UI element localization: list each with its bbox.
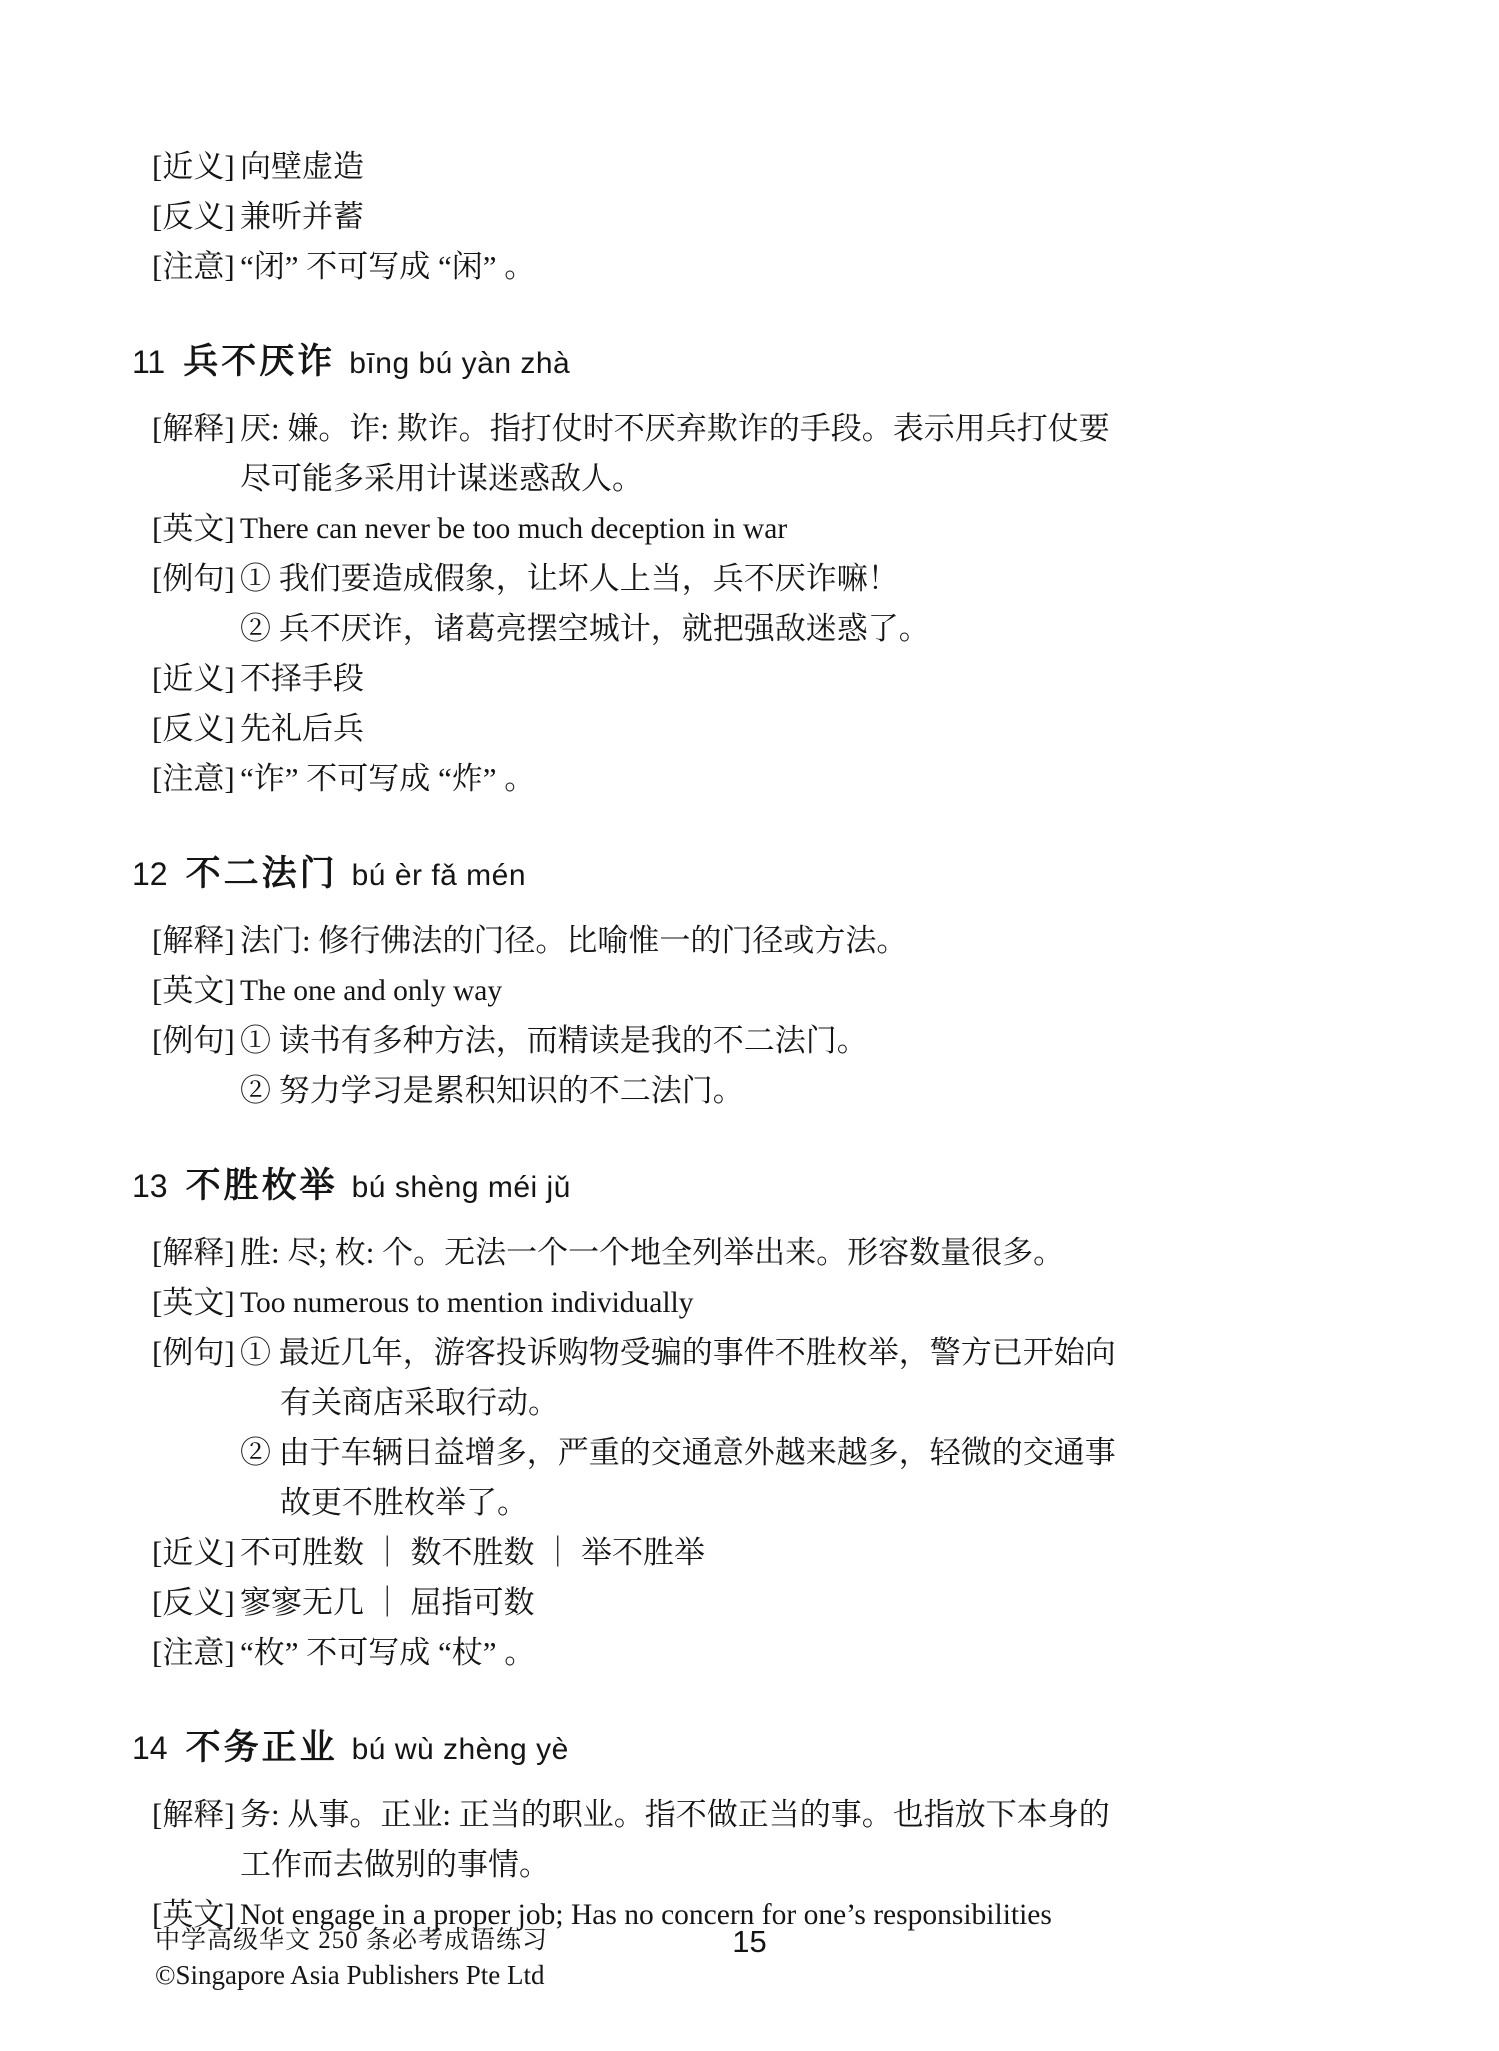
example-row: [例句] ① 最近几年，游客投诉购物受骗的事件不胜枚举，警方已开始向 有关商店采… xyxy=(152,1328,1400,1528)
example-line-1: ① 我们要造成假象，让坏人上当，兵不厌诈嘛！ xyxy=(240,554,1400,604)
note-label: [注意] xyxy=(152,754,235,804)
entry-headword: 不胜枚举 xyxy=(186,1166,338,1205)
book-page: [近义] 向壁虚造 [反义] 兼听并蓄 [注意] “闭” 不可写成 “闲” 。 … xyxy=(0,0,1499,2051)
entry-pinyin: bīng bú yàn zhà xyxy=(349,347,570,380)
note-text: “诈” 不可写成 “炸” 。 xyxy=(240,754,1400,804)
example-line-1: ① 读书有多种方法，而精读是我的不二法门。 xyxy=(240,1016,1400,1066)
entry-pinyin: bú wù zhèng yè xyxy=(352,1733,569,1766)
english-line: The one and only way xyxy=(240,966,1400,1016)
explanation-line: 尽可能多采用计谋迷惑敌人。 xyxy=(240,454,1400,504)
entry-pinyin: bú shèng méi jǔ xyxy=(352,1171,571,1204)
example-label: [例句] xyxy=(152,1328,235,1378)
page-number: 15 xyxy=(0,1924,1499,1960)
entry-11-heading: 11兵不厌诈bīng bú yàn zhà xyxy=(132,336,1400,390)
example-row: [例句] ① 读书有多种方法，而精读是我的不二法门。 ② 努力学习是累积知识的不… xyxy=(152,1016,1400,1116)
entry-headword: 不二法门 xyxy=(186,854,338,893)
explanation-line: 工作而去做别的事情。 xyxy=(240,1840,1400,1890)
entry-pinyin: bú èr fǎ mén xyxy=(352,859,526,892)
note-row: [注意] “枚” 不可写成 “杖” 。 xyxy=(152,1628,1400,1678)
note-row: [注意] “诈” 不可写成 “炸” 。 xyxy=(152,754,1400,804)
explanation-line: 厌: 嫌。诈: 欺诈。指打仗时不厌弃欺诈的手段。表示用兵打仗要 xyxy=(240,404,1400,454)
antonym-row: [反义] 先礼后兵 xyxy=(152,704,1400,754)
synonym-label: [近义] xyxy=(152,1528,235,1578)
synonym-text: 向壁虚造 xyxy=(240,142,1400,192)
example-line-1: ① 最近几年，游客投诉购物受骗的事件不胜枚举，警方已开始向 xyxy=(240,1328,1400,1378)
note-label: [注意] xyxy=(152,1628,235,1678)
example-line-2: ② 由于车辆日益增多，严重的交通意外越来越多，轻微的交通事 xyxy=(240,1428,1400,1478)
entry-headword: 不务正业 xyxy=(186,1728,338,1767)
synonym-label: [近义] xyxy=(152,142,235,192)
example-row: [例句] ① 我们要造成假象，让坏人上当，兵不厌诈嘛！ ② 兵不厌诈，诸葛亮摆空… xyxy=(152,554,1400,654)
english-row: [英文] Too numerous to mention individuall… xyxy=(152,1278,1400,1328)
explanation-label: [解释] xyxy=(152,1790,235,1840)
synonym-row: [近义] 不择手段 xyxy=(152,654,1400,704)
example-line-2-continued: 故更不胜枚举了。 xyxy=(240,1478,1400,1528)
antonym-text: 先礼后兵 xyxy=(240,704,1400,754)
entry-number: 13 xyxy=(132,1160,168,1212)
english-label: [英文] xyxy=(152,1278,235,1328)
antonym-label: [反义] xyxy=(152,192,235,242)
entry-13-heading: 13不胜枚举bú shèng méi jǔ xyxy=(132,1160,1400,1214)
synonym-label: [近义] xyxy=(152,654,235,704)
note-text: “闭” 不可写成 “闲” 。 xyxy=(240,242,1400,292)
english-label: [英文] xyxy=(152,966,235,1016)
antonym-text: 兼听并蓄 xyxy=(240,192,1400,242)
english-row: [英文] There can never be too much decepti… xyxy=(152,504,1400,554)
explanation-line: 法门: 修行佛法的门径。比喻惟一的门径或方法。 xyxy=(240,916,1400,966)
english-label: [英文] xyxy=(152,504,235,554)
english-line: Too numerous to mention individually xyxy=(240,1278,1400,1328)
entry-12-heading: 12不二法门bú èr fǎ mén xyxy=(132,848,1400,902)
explanation-row: [解释] 厌: 嫌。诈: 欺诈。指打仗时不厌弃欺诈的手段。表示用兵打仗要 尽可能… xyxy=(152,404,1400,504)
note-label: [注意] xyxy=(152,242,235,292)
synonym-row: [近义] 不可胜数 ｜ 数不胜数 ｜ 举不胜举 xyxy=(152,1528,1400,1578)
explanation-row: [解释] 务: 从事。正业: 正当的职业。指不做正当的事。也指放下本身的 工作而… xyxy=(152,1790,1400,1890)
publisher-line: ©Singapore Asia Publishers Pte Ltd xyxy=(155,1958,548,1992)
example-line-2: ② 努力学习是累积知识的不二法门。 xyxy=(240,1066,1400,1116)
leftover-antonym-row: [反义] 兼听并蓄 xyxy=(152,192,1400,242)
explanation-label: [解释] xyxy=(152,916,235,966)
antonym-row: [反义] 寥寥无几 ｜ 屈指可数 xyxy=(152,1578,1400,1628)
example-line-2: ② 兵不厌诈，诸葛亮摆空城计，就把强敌迷惑了。 xyxy=(240,604,1400,654)
example-label: [例句] xyxy=(152,1016,235,1066)
entry-headword: 兵不厌诈 xyxy=(183,342,335,381)
explanation-line: 务: 从事。正业: 正当的职业。指不做正当的事。也指放下本身的 xyxy=(240,1790,1400,1840)
entry-number: 12 xyxy=(132,848,168,900)
antonym-label: [反义] xyxy=(152,1578,235,1628)
english-line: There can never be too much deception in… xyxy=(240,504,1400,554)
leftover-note-row: [注意] “闭” 不可写成 “闲” 。 xyxy=(152,242,1400,292)
antonym-text: 寥寥无几 ｜ 屈指可数 xyxy=(240,1578,1400,1628)
entry-14-heading: 14不务正业bú wù zhèng yè xyxy=(132,1722,1400,1776)
entry-number: 14 xyxy=(132,1722,168,1774)
leftover-synonym-row: [近义] 向壁虚造 xyxy=(152,142,1400,192)
example-line-1-continued: 有关商店采取行动。 xyxy=(240,1378,1400,1428)
page-content: [近义] 向壁虚造 [反义] 兼听并蓄 [注意] “闭” 不可写成 “闲” 。 … xyxy=(152,142,1400,1940)
synonym-text: 不可胜数 ｜ 数不胜数 ｜ 举不胜举 xyxy=(240,1528,1400,1578)
explanation-label: [解释] xyxy=(152,404,235,454)
explanation-row: [解释] 胜: 尽; 枚: 个。无法一个一个地全列举出来。形容数量很多。 xyxy=(152,1228,1400,1278)
explanation-line: 胜: 尽; 枚: 个。无法一个一个地全列举出来。形容数量很多。 xyxy=(240,1228,1400,1278)
english-row: [英文] The one and only way xyxy=(152,966,1400,1016)
antonym-label: [反义] xyxy=(152,704,235,754)
note-text: “枚” 不可写成 “杖” 。 xyxy=(240,1628,1400,1678)
explanation-row: [解释] 法门: 修行佛法的门径。比喻惟一的门径或方法。 xyxy=(152,916,1400,966)
explanation-label: [解释] xyxy=(152,1228,235,1278)
example-label: [例句] xyxy=(152,554,235,604)
entry-number: 11 xyxy=(132,336,165,388)
synonym-text: 不择手段 xyxy=(240,654,1400,704)
